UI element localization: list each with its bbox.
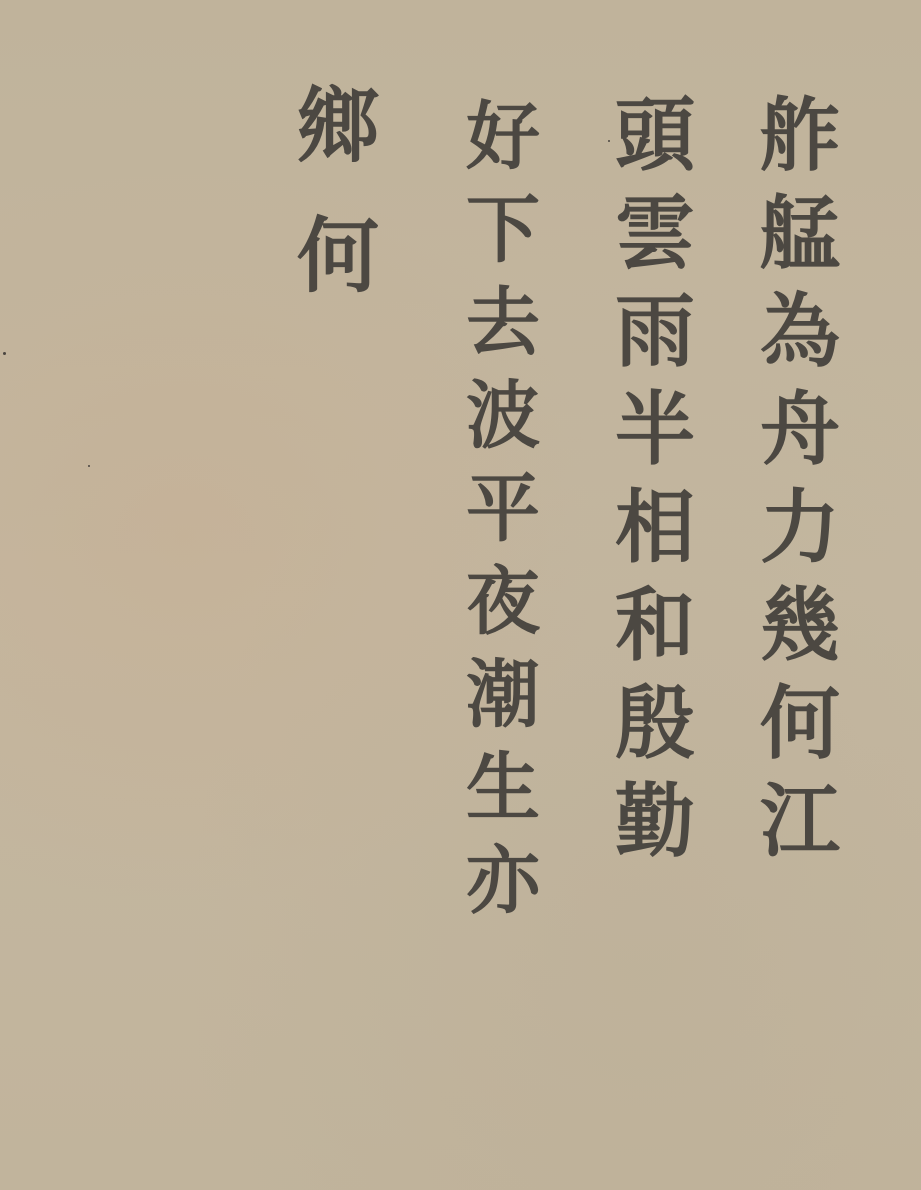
ink-speck: [88, 465, 90, 467]
manuscript-paper: 舴 艋 為 舟 力 幾 何 江 頭 雲 雨 半 相 和 殷 勤 好 下 去 波 …: [0, 0, 921, 1190]
character: 夜: [448, 565, 558, 658]
character: 力: [745, 487, 855, 585]
text-column-2: 頭 雲 雨 半 相 和 殷 勤: [600, 95, 710, 879]
character: 幾: [745, 585, 855, 683]
text-column-4: 鄉 何: [283, 85, 393, 345]
character: 舟: [745, 389, 855, 487]
character: 好: [448, 100, 558, 193]
character: 何: [283, 215, 393, 345]
character: 潮: [448, 658, 558, 751]
character: 何: [745, 683, 855, 781]
character: 生: [448, 751, 558, 844]
text-column-3: 好 下 去 波 平 夜 潮 生 亦: [448, 100, 558, 937]
character: 半: [600, 389, 710, 487]
character: 艋: [745, 193, 855, 291]
ink-speck: [3, 352, 6, 355]
character: 和: [600, 585, 710, 683]
character: 去: [448, 286, 558, 379]
text-column-1: 舴 艋 為 舟 力 幾 何 江: [745, 95, 855, 879]
character: 為: [745, 291, 855, 389]
character: 鄉: [283, 85, 393, 215]
character: 平: [448, 472, 558, 565]
character: 雲: [600, 193, 710, 291]
character: 雨: [600, 291, 710, 389]
character: 勤: [600, 781, 710, 879]
character: 相: [600, 487, 710, 585]
character: 江: [745, 781, 855, 879]
character: 殷: [600, 683, 710, 781]
character: 亦: [448, 844, 558, 937]
character: 舴: [745, 95, 855, 193]
character: 頭: [600, 95, 710, 193]
character: 下: [448, 193, 558, 286]
character: 波: [448, 379, 558, 472]
